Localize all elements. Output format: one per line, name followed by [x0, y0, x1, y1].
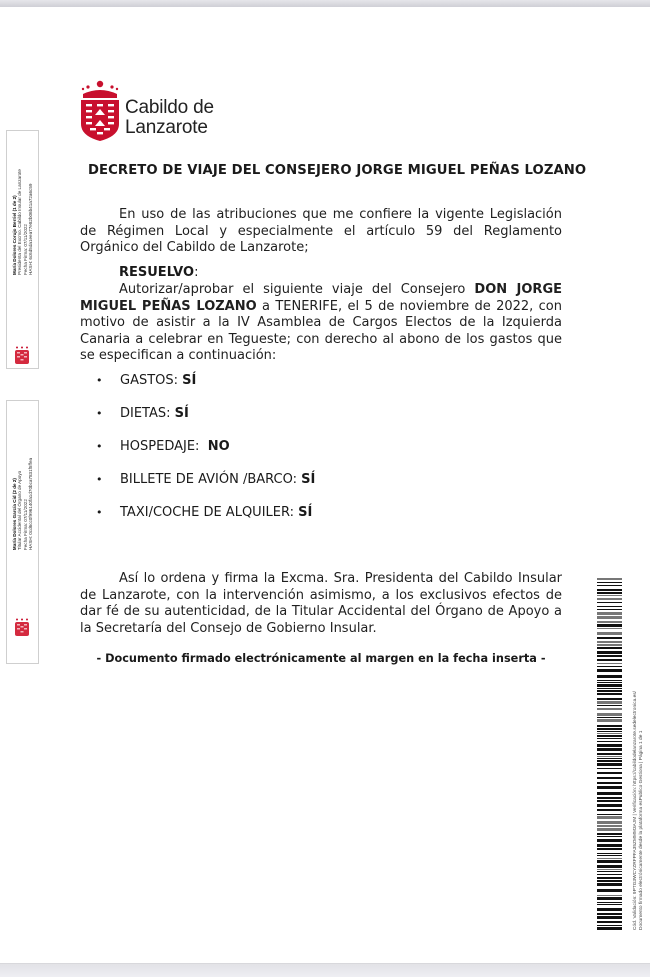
logo-wordmark: Cabildo de Lanzarote — [125, 98, 214, 138]
document-title: DECRETO DE VIAJE DEL CONSEJERO JORGE MIG… — [88, 163, 568, 178]
verification-platform-line: Documento firmado electrónicamente desde… — [639, 691, 645, 930]
expense-value: SÍ — [175, 406, 189, 421]
signature-stamp-2: María Dolores García Cid (2 de 2) Titula… — [6, 400, 39, 664]
signature-date: Fecha Firma: 07/11/2022 — [23, 499, 28, 550]
signature-stamp-text: María Dolores Corujo Berriel (1 de 2) Pr… — [12, 169, 34, 275]
signer-role: Presidenta del Excmo. Cabildo Insular de… — [17, 169, 22, 275]
viewer-bottom-bar — [0, 963, 650, 977]
expense-label: BILLETE DE AVIÓN /BARCO: — [120, 472, 301, 487]
bullet-icon: • — [96, 439, 103, 455]
intro-text: En uso de las atribuciones que me confie… — [80, 207, 562, 255]
signer-role: Titular Accidental del Órgano de Apoyo — [17, 471, 22, 550]
expense-value: SÍ — [301, 472, 315, 487]
logo-line-2: Lanzarote — [125, 118, 214, 138]
expense-label: GASTOS: — [120, 373, 182, 388]
bullet-icon: • — [96, 406, 103, 422]
bullet-icon: • — [96, 472, 103, 488]
seal-icon — [14, 618, 30, 637]
verification-code-line: Cód. Validación: 9PTG3WCYZRFPFA35ZMMM3AJ… — [633, 691, 639, 930]
signed-note: - Documento firmado electrónicamente al … — [80, 652, 562, 665]
cabildo-shield-icon — [80, 80, 120, 142]
signature-stamp-text: María Dolores García Cid (2 de 2) Titula… — [12, 458, 34, 550]
signature-stamp-1: María Dolores Corujo Berriel (1 de 2) Pr… — [6, 130, 39, 369]
signer-name: María Dolores Corujo Berriel (1 de 2) — [12, 195, 17, 275]
verification-text: Cód. Validación: 9PTG3WCYZRFPFA35ZMMM3AJ… — [633, 691, 645, 930]
closing-text: Así lo ordena y firma la Excma. Sra. Pre… — [80, 571, 562, 636]
resolution-paragraph: Autorizar/aprobar el siguiente viaje del… — [80, 282, 562, 365]
seal-icon — [14, 346, 30, 365]
cabildo-logo: Cabildo de Lanzarote — [80, 80, 240, 142]
signature-hash: HASH: 0cd6cc0f996140fa1d70bca7831f5ffea — [28, 458, 33, 550]
logo-line-1: Cabildo de — [125, 98, 214, 118]
resuelvo-heading: RESUELVO: — [119, 265, 198, 280]
expense-value: NO — [208, 439, 230, 454]
expense-value: SÍ — [298, 505, 312, 520]
viewer-top-bar — [0, 0, 650, 7]
resuelvo-label: RESUELVO — [119, 265, 194, 280]
bullet-icon: • — [96, 373, 103, 389]
expense-label: TAXI/COCHE DE ALQUILER: — [120, 505, 298, 520]
expense-label: HOSPEDAJE: — [120, 439, 208, 454]
signature-date: Fecha Firma: 07/11/2022 — [23, 224, 28, 275]
signature-hash: HASH: 6c6d5da1eea77e82b06b41a72a6c59 — [28, 183, 33, 274]
expense-value: SÍ — [182, 373, 196, 388]
closing-paragraph: Así lo ordena y firma la Excma. Sra. Pre… — [80, 571, 562, 637]
barcode-icon — [597, 578, 622, 930]
expense-label: DIETAS: — [120, 406, 175, 421]
intro-paragraph: En uso de las atribuciones que me confie… — [80, 207, 562, 257]
resolution-text-before: Autorizar/aprobar el siguiente viaje del… — [119, 282, 474, 297]
signer-name: María Dolores García Cid (2 de 2) — [12, 478, 17, 550]
bullet-icon: • — [96, 505, 103, 521]
